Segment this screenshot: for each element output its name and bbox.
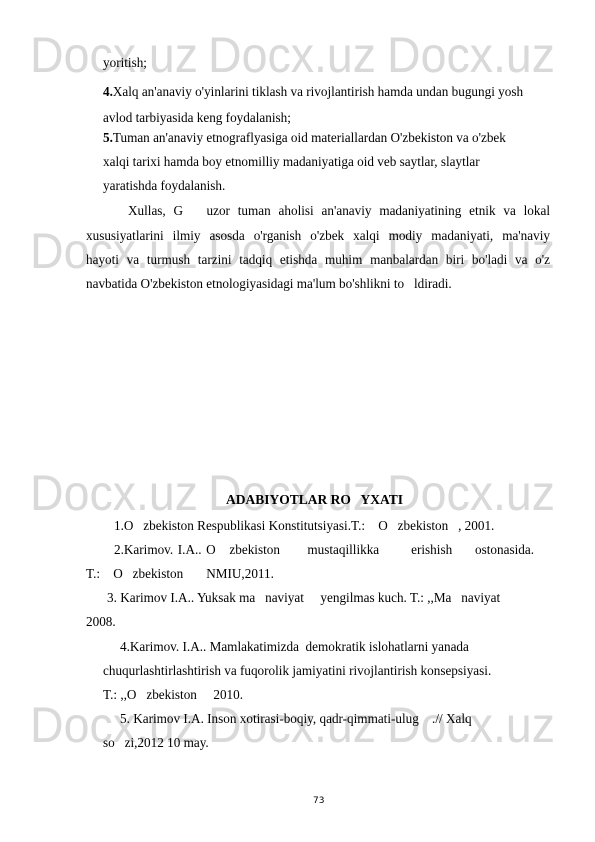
references-heading: ADABIYOTLAR RO YXATI	[226, 493, 403, 507]
reference-line: 5. Karimov I.A. Inson xotirasi-boqiy, qa…	[120, 712, 472, 725]
reference-line: 2.Karimov. I.A.. O zbekiston mustaqillik…	[114, 543, 534, 556]
conclusion-line: Xullas, G uzor tuman aholisi an'anaviy m…	[128, 204, 550, 217]
reference-line: T.: ,,O zbekiston 2010.	[103, 688, 243, 701]
reference-line: T.: O zbekiston NMIU,2011.	[86, 567, 274, 580]
list-item-4: 4.Xalq an'anaviy o'yinlarini tiklash va …	[103, 85, 523, 98]
list-item-5-line-2: xalqi tarixi hamda boy etnomilliy madani…	[103, 155, 480, 168]
reference-line: so zi,2012 10 may.	[103, 736, 209, 749]
list-item-continuation: yoritish;	[103, 56, 147, 69]
list-number: 5.	[103, 130, 113, 145]
conclusion-line: xususiyatlarini ilmiy asosda o'rganish o…	[86, 229, 550, 242]
reference-line: 1.O zbekiston Respublikasi Konstitutsiya…	[114, 519, 494, 532]
list-item-4-line-2: avlod tarbiyasida keng foydalanish;	[103, 111, 291, 124]
watermark: Docx.uz	[30, 468, 198, 518]
list-number: 4.	[103, 84, 113, 99]
document-page: Docx.uz Docx.uz Docx.uz Docx.uz Docx.uz …	[0, 0, 595, 842]
list-item-5-line-3: yaratishda foydalanish.	[103, 179, 225, 192]
reference-line: chuqurlashtirlashtirish va fuqorolik jam…	[103, 664, 491, 677]
reference-line: 3. Karimov I.A.. Yuksak ma naviyat yengi…	[107, 591, 500, 604]
watermark: Docx.uz	[387, 30, 555, 80]
watermark: Docx.uz	[208, 30, 376, 80]
reference-line: 2008.	[86, 615, 116, 628]
list-item-5: 5.Tuman an'anaviy etnograflyasiga oid ma…	[103, 131, 506, 144]
conclusion-line: navbatida O'zbekiston etnologiyasidagi m…	[86, 277, 452, 290]
watermark: Docx.uz	[387, 468, 555, 518]
reference-line: 4.Karimov. I.A.. Mamlakatimizda demokrat…	[120, 640, 469, 653]
page-number: 73	[313, 797, 324, 806]
conclusion-line: hayoti va turmush tarzini tadqiq etishda…	[86, 253, 550, 266]
